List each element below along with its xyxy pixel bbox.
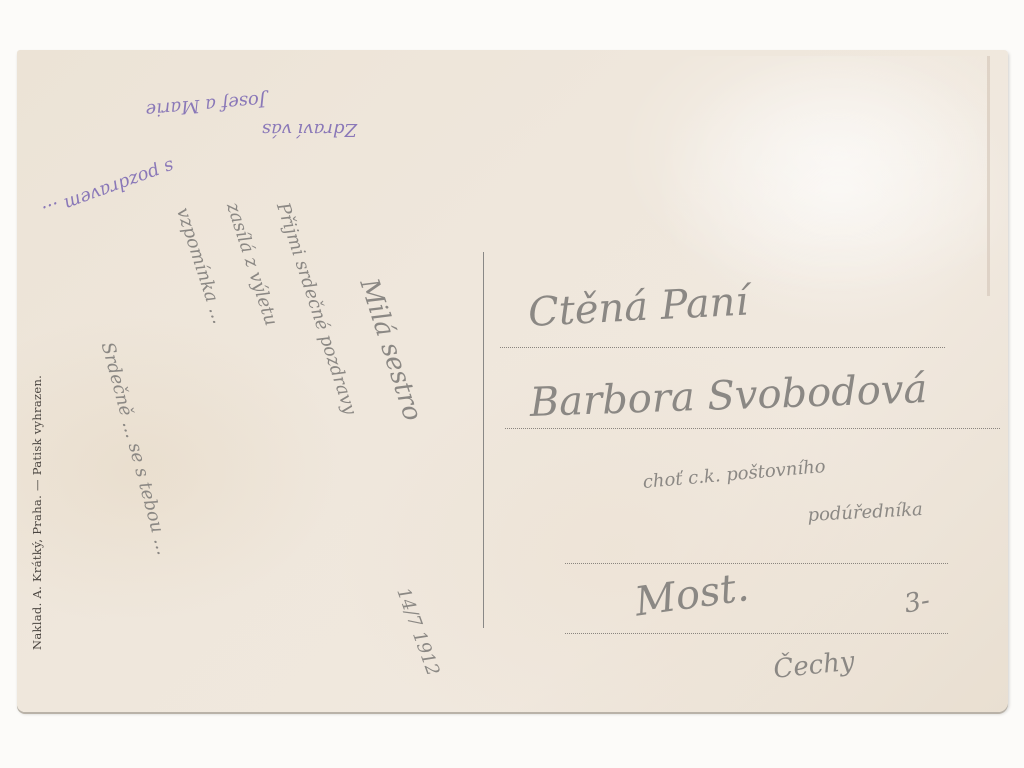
message-body-line-2: zasílá z výletu <box>222 200 282 328</box>
scanned-postcard: Naklad. A. Krátký, Praha. — Patisk vyhra… <box>0 0 1024 768</box>
address-city: Most. <box>632 564 752 625</box>
address-title-line-2: podúředníka <box>807 499 923 526</box>
address-title-line-1: choť c.k. poštovního <box>642 456 826 493</box>
address-note: 3- <box>902 586 932 620</box>
violet-note-line-2: Josef a Marie <box>145 89 267 120</box>
address-salutation: Ctěná Paní <box>527 278 749 335</box>
message-greeting: Milá sestro <box>353 275 427 425</box>
publisher-imprint: Naklad. A. Krátký, Praha. — Patisk vyhra… <box>30 375 44 650</box>
message-closing: Srdečně ... se s tebou ... <box>97 340 174 557</box>
violet-note-line-1: Zdraví vás <box>262 119 357 140</box>
center-divider-line <box>483 252 484 628</box>
address-line-1 <box>500 347 945 348</box>
stamp-area-faded <box>617 56 990 296</box>
violet-note-line-3: s pozdravem ... <box>40 155 177 222</box>
address-line-4 <box>565 633 948 634</box>
address-country: Čechy <box>772 647 856 685</box>
address-line-3 <box>565 563 948 564</box>
postcard-reverse: Naklad. A. Krátký, Praha. — Patisk vyhra… <box>17 50 1008 712</box>
address-recipient-name: Barbora Svobodová <box>529 366 928 426</box>
message-body-line-1: Přijmi srdečné pozdravy <box>272 200 360 417</box>
address-line-2 <box>505 428 1000 429</box>
message-date: 14/7 1912 <box>392 585 443 679</box>
message-body-line-3: vzpomínka ... <box>172 205 229 327</box>
